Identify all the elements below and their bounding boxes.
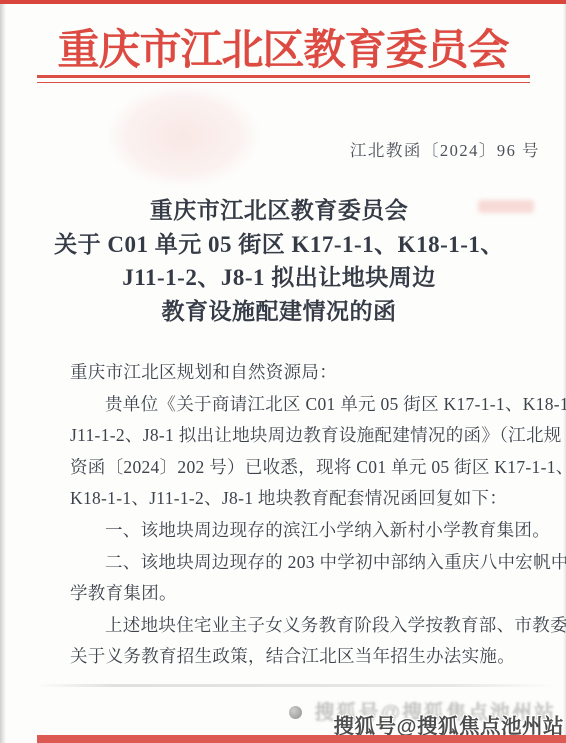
body-line: 上述地块住宅业主子女义务教育阶段入学按教育部、市教委	[70, 610, 542, 642]
scanned-official-letter: 重庆市江北区教育委员会 江北教函〔2024〕96 号 重庆市江北区教育委员会 关…	[0, 0, 566, 743]
body-line: 贵单位《关于商请江北区 C01 单元 05 街区 K17-1-1、K18-1-1…	[70, 389, 542, 421]
body-line-item-1: 一、该地块周边现存的滨江小学纳入新村小学教育集团。	[70, 515, 542, 547]
scan-edge-shadow-left	[0, 0, 6, 743]
document-title: 重庆市江北区教育委员会 关于 C01 单元 05 街区 K17-1-1、K18-…	[0, 194, 558, 328]
scan-fold-streak	[36, 684, 556, 687]
body-line-item-2: 二、该地块周边现存的 203 中学初中部纳入重庆八中宏帆中	[70, 547, 542, 579]
document-title-line: J11-1-2、J8-1 拟出让地块周边	[0, 261, 558, 295]
document-title-line: 重庆市江北区教育委员会	[0, 194, 558, 228]
masthead-divider-line	[37, 75, 530, 83]
document-number: 江北教函〔2024〕96 号	[350, 137, 540, 161]
document-title-line: 教育设施配建情况的函	[0, 295, 558, 329]
body-line: 关于义务教育招生政策，结合江北区当年招生办法实施。	[70, 641, 542, 673]
body-line: 资函〔2024〕202 号）已收悉，现将 C01 单元 05 街区 K17-1-…	[70, 452, 542, 484]
letter-body: 重庆市江北区规划和自然资源局： 贵单位《关于商请江北区 C01 单元 05 街区…	[70, 357, 542, 673]
agency-masthead: 重庆市江北区教育委员会	[0, 17, 566, 77]
body-line: K18-1-1、J11-1-2、J8-1 地块教育配套情况函回复如下：	[70, 483, 542, 515]
body-line: J11-1-2、J8-1 拟出让地块周边教育设施配建情况的函》（江北规	[70, 420, 542, 452]
sohu-logo-icon	[289, 706, 302, 719]
document-title-line: 关于 C01 单元 05 街区 K17-1-1、K18-1-1、	[0, 228, 558, 262]
top-red-bar	[0, 0, 566, 4]
body-line: 学教育集团。	[70, 578, 542, 610]
salutation-line: 重庆市江北区规划和自然资源局：	[70, 357, 542, 389]
bottom-red-bar	[37, 735, 566, 743]
faint-seal-stamp	[108, 86, 258, 186]
